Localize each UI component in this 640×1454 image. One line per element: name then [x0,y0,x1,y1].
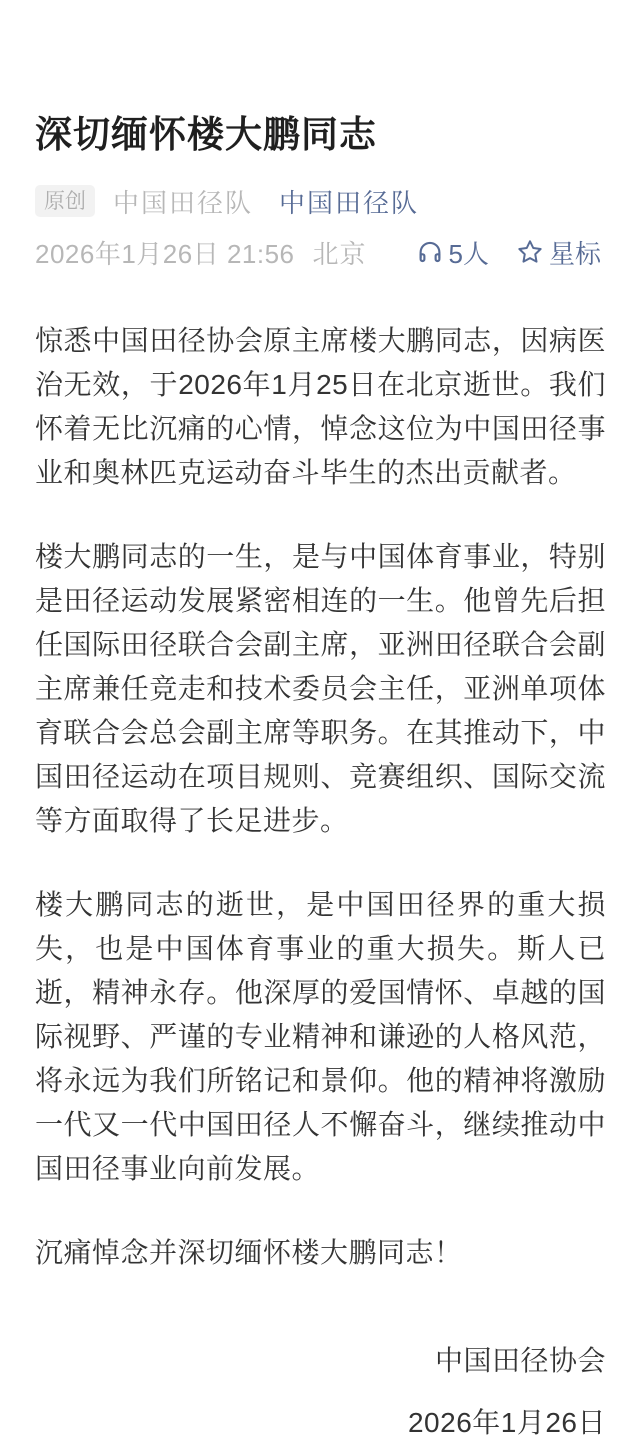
article-info-row: 2026年1月26日 21:56 北京 5人 星标 [35,235,606,269]
star-button[interactable]: 星标 [515,234,601,271]
article-title: 深切缅怀楼大鹏同志 [35,112,606,157]
publish-date: 2026年1月26日 21:56 [35,234,295,271]
star-label: 星标 [549,234,601,271]
listeners-count: 5人 [449,234,489,271]
star-icon [515,237,545,267]
signature-date: 2026年1月26日 [35,1401,606,1445]
original-badge: 原创 [35,185,95,217]
paragraph: 楼大鹏同志的一生，是与中国体育事业，特别是田径运动发展紧密相连的一生。他曾先后担… [35,535,606,843]
article-body: 惊悉中国田径协会原主席楼大鹏同志，因病医治无效，于2026年1月25日在北京逝世… [35,319,606,1275]
signature-name: 中国田径协会 [35,1339,606,1383]
article-meta-row: 原创 中国田径队 中国田径队 [35,183,606,219]
listen-button[interactable]: 5人 [415,234,489,271]
headphones-icon [415,237,445,267]
signature-block: 中国田径协会 2026年1月26日 [35,1339,606,1445]
account-link[interactable]: 中国田径队 [279,183,419,220]
paragraph: 楼大鹏同志的逝世，是中国田径界的重大损失，也是中国体育事业的重大损失。斯人已逝，… [35,883,606,1191]
article-page: 深切缅怀楼大鹏同志 原创 中国田径队 中国田径队 2026年1月26日 21:5… [0,0,640,1445]
author-name: 中国田径队 [113,183,253,220]
publish-location: 北京 [313,234,367,271]
paragraph: 惊悉中国田径协会原主席楼大鹏同志，因病医治无效，于2026年1月25日在北京逝世… [35,319,606,495]
paragraph: 沉痛悼念并深切缅怀楼大鹏同志！ [35,1231,606,1275]
